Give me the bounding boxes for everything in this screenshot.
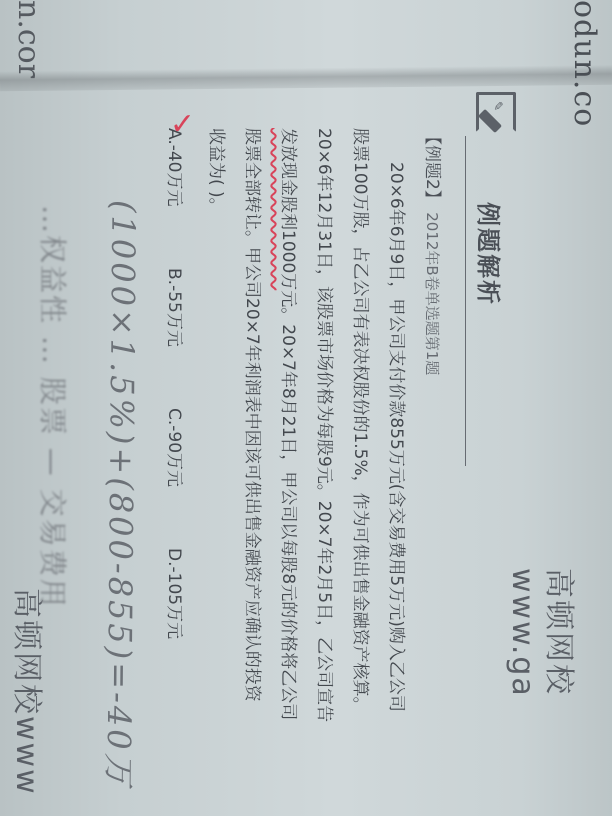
document-page: odun.co n.cor 高顿网校www.ga 高顿网校www …权益性 … … xyxy=(0,0,612,816)
watermark-url-bottom: n.cor xyxy=(11,0,46,78)
handwritten-calculation: (1000×1.5%)+(800-855)=-40万 xyxy=(97,200,148,788)
pencil-tip-icon: ✎ xyxy=(491,101,505,111)
answer-options: A.-40万元 B.-55万元 C.-90万元 D.-105万元 xyxy=(156,128,192,688)
watermark-brand-top: 高顿网校www.ga xyxy=(505,568,584,816)
question-heading: 【例题2】 2012年B卷单选题第1题 xyxy=(414,128,450,688)
question-line-1: 20×6年6月9日，甲公司支付价款855万元(含交易费用5万元)购入乙公司 xyxy=(378,128,414,688)
watermark-url-top: odun.co xyxy=(567,0,602,127)
watermark-brand-bottom: 高顿网校www xyxy=(8,588,52,796)
question-line-6: 收益为( )。 xyxy=(198,128,234,688)
question-line-3: 20×6年12月31日，该股票市场价格为每股9元。20×7年2月5日，乙公司宣告 xyxy=(306,128,342,688)
section-title: 例题解析 xyxy=(473,202,508,306)
question-line-2: 股票100万股，占乙公司有表决权股份的1.5%，作为可供出售金融资产核算。 xyxy=(342,128,378,688)
red-check-mark-icon: ✓ xyxy=(170,107,195,142)
question-source: 2012年B卷单选题第1题 xyxy=(423,212,441,375)
question-block: 【例题2】 2012年B卷单选题第1题 20×6年6月9日，甲公司支付价款855… xyxy=(156,128,450,688)
section-header: ✎ 例题解析 xyxy=(456,92,516,472)
option-a[interactable]: A.-40万元 xyxy=(156,128,192,268)
question-tag: 【例题2】 xyxy=(422,128,442,207)
option-b[interactable]: B.-55万元 xyxy=(156,268,192,408)
question-line-4: 发放现金股利1000万元。20×7年8月21日，甲公司以每股8元的价格将乙公司 xyxy=(270,128,306,688)
pencil-note-icon: ✎ xyxy=(476,92,516,132)
bleed-through-handwriting: …权益性 … 股票 — 交易费用 xyxy=(34,205,74,609)
question-line-5: 股票全部转让。甲公司20×7年利润表中因该可供出售金融资产应确认的投资 xyxy=(234,128,270,688)
option-c[interactable]: C.-90万元 xyxy=(156,408,192,548)
question-line-4-rest: 元。20×7年8月21日，甲公司以每股8元的价格将乙公司 xyxy=(278,290,298,720)
pencil-body-icon xyxy=(478,109,502,133)
option-d[interactable]: D.-105万元 xyxy=(156,548,192,688)
header-divider xyxy=(465,136,466,466)
red-underlined-phrase: 发放现金股利1000万 xyxy=(278,128,298,290)
